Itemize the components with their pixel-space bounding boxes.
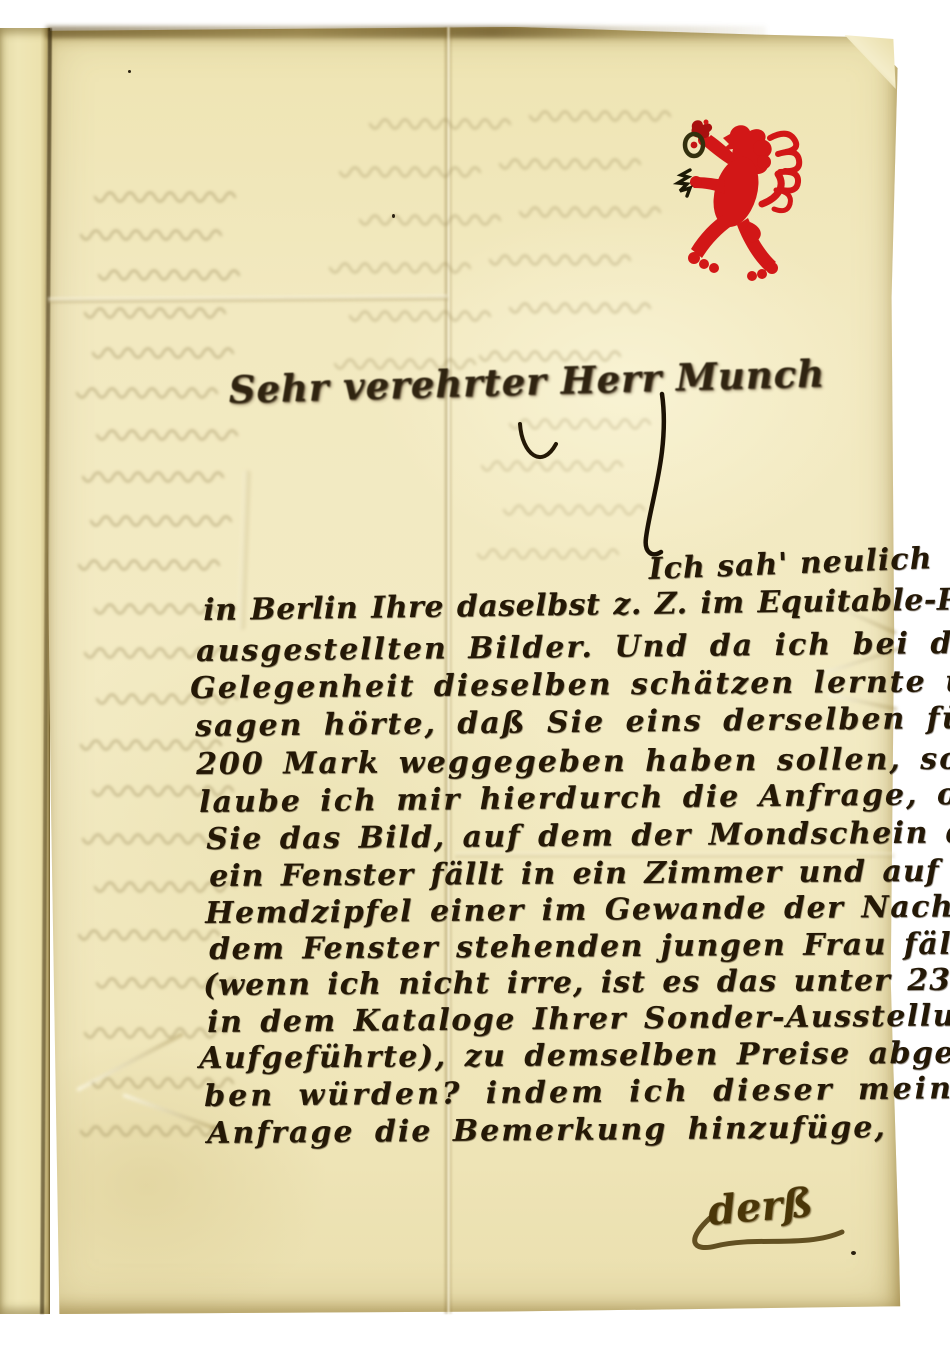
ink-speck <box>851 1251 856 1255</box>
letter-line: 200 Mark weggegeben haben sollen, so er- <box>196 741 950 782</box>
show-through-text <box>320 100 700 400</box>
lion-crest-emblem <box>666 118 808 288</box>
ink-speck <box>392 214 395 218</box>
letter-line: ein Fenster fällt in ein Zimmer und auf … <box>209 853 950 894</box>
letter-line: Anfrage die Bemerkung hinzufüge, <box>207 1110 887 1151</box>
ink-flourish-stroke <box>636 392 682 570</box>
ink-speck <box>128 70 131 73</box>
salutation-swash <box>512 420 582 480</box>
top-edge-stain <box>46 26 766 38</box>
claw-twig <box>678 170 690 196</box>
letter-scan: Sehr verehrter Herr Munch Ich sah' neuli… <box>0 0 950 1356</box>
letter-line: Aufgeführte), zu demselben Preise abge- <box>199 1036 950 1076</box>
letter-line: Sie das Bild, auf dem der Mondschein dur… <box>206 815 950 857</box>
letter-line: Gelegenheit dieselben schätzen lernte un… <box>190 664 950 706</box>
letter-line: Hemdzipfel einer im Gewande der Nacht an <box>205 889 950 931</box>
letter-line: (wenn ich nicht irre, ist es das unter 2… <box>203 963 950 1003</box>
wreath-icon <box>685 134 703 156</box>
letter-line: in dem Kataloge Ihrer Sonder-Ausstellung <box>207 998 950 1040</box>
letter-line: dem Fenster stehenden jungen Frau fällt <box>209 927 950 967</box>
signature-swash <box>676 1212 866 1258</box>
